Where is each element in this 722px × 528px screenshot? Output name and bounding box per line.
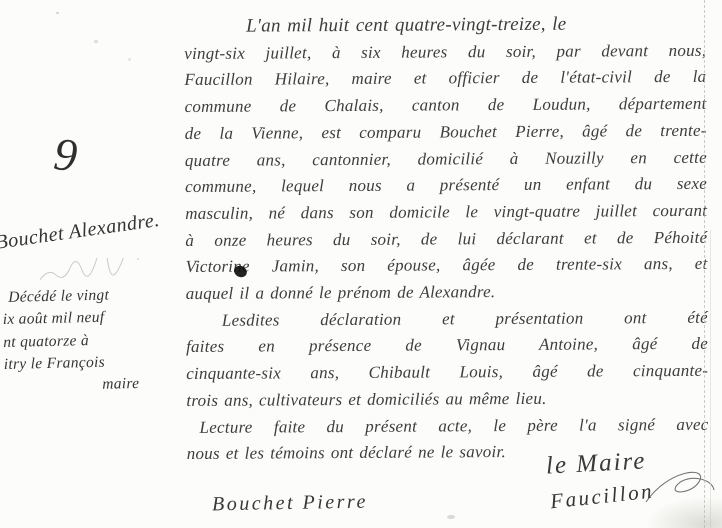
act-body-text: L'an mil huit cent quatre-vingt-treize, … <box>184 11 709 468</box>
act-line: Lecture faite du présent acte, le père l… <box>186 411 708 441</box>
father-signature: Bouchet Pierre <box>212 491 368 517</box>
act-line: de la Vienne, est comparu Bouchet Pierre… <box>185 118 707 148</box>
scan-speck <box>447 515 455 519</box>
act-line: Victorine Jamin, son épouse, âgée de tre… <box>185 251 707 281</box>
mayor-title: le Maire <box>545 447 647 480</box>
act-line: à onze heures du soir, de lui déclarant … <box>185 224 707 254</box>
scan-speck <box>94 40 98 43</box>
act-line: Lesdites déclaration et présentation ont… <box>186 305 708 335</box>
corner-smudge <box>640 494 722 528</box>
margin-death-note: Décédé le vingt ix août mil neuf nt quat… <box>2 283 174 398</box>
act-line: auquel il a donné le prénom de Alexandre… <box>186 278 708 308</box>
act-line: Faucillon Hilaire, maire et officier de … <box>184 64 706 94</box>
page-edge-line <box>704 0 705 528</box>
scan-speck <box>128 58 131 61</box>
act-line: L'an mil huit cent quatre-vingt-treize, … <box>184 11 706 41</box>
act-line: masculin, né dans son domicile le vingt-… <box>185 198 707 228</box>
page-edge-line-2 <box>710 230 711 528</box>
act-number: 9 <box>51 127 79 182</box>
scan-speck <box>56 12 59 14</box>
act-line: quatre ans, cantonnier, domicilié à Nouz… <box>185 144 707 174</box>
scanned-register-page: 9 Bouchet Alexandre. Décédé le vingt ix … <box>0 0 722 528</box>
act-line: faites en présence de Vignau Antoine, âg… <box>186 331 708 361</box>
act-line: cinquante-six ans, Chibault Louis, âgé d… <box>186 358 708 388</box>
act-line: commune, lequel nous a présenté un enfan… <box>185 171 707 201</box>
death-note-line: maire <box>4 372 174 398</box>
act-line: commune de Chalais, canton de Loudun, dé… <box>184 91 706 121</box>
act-line: trois ans, cultivateurs et domiciliés au… <box>186 385 708 415</box>
margin-child-name: Bouchet Alexandre. <box>0 203 205 255</box>
act-line: vingt-six juillet, à six heures du soir,… <box>184 38 706 68</box>
